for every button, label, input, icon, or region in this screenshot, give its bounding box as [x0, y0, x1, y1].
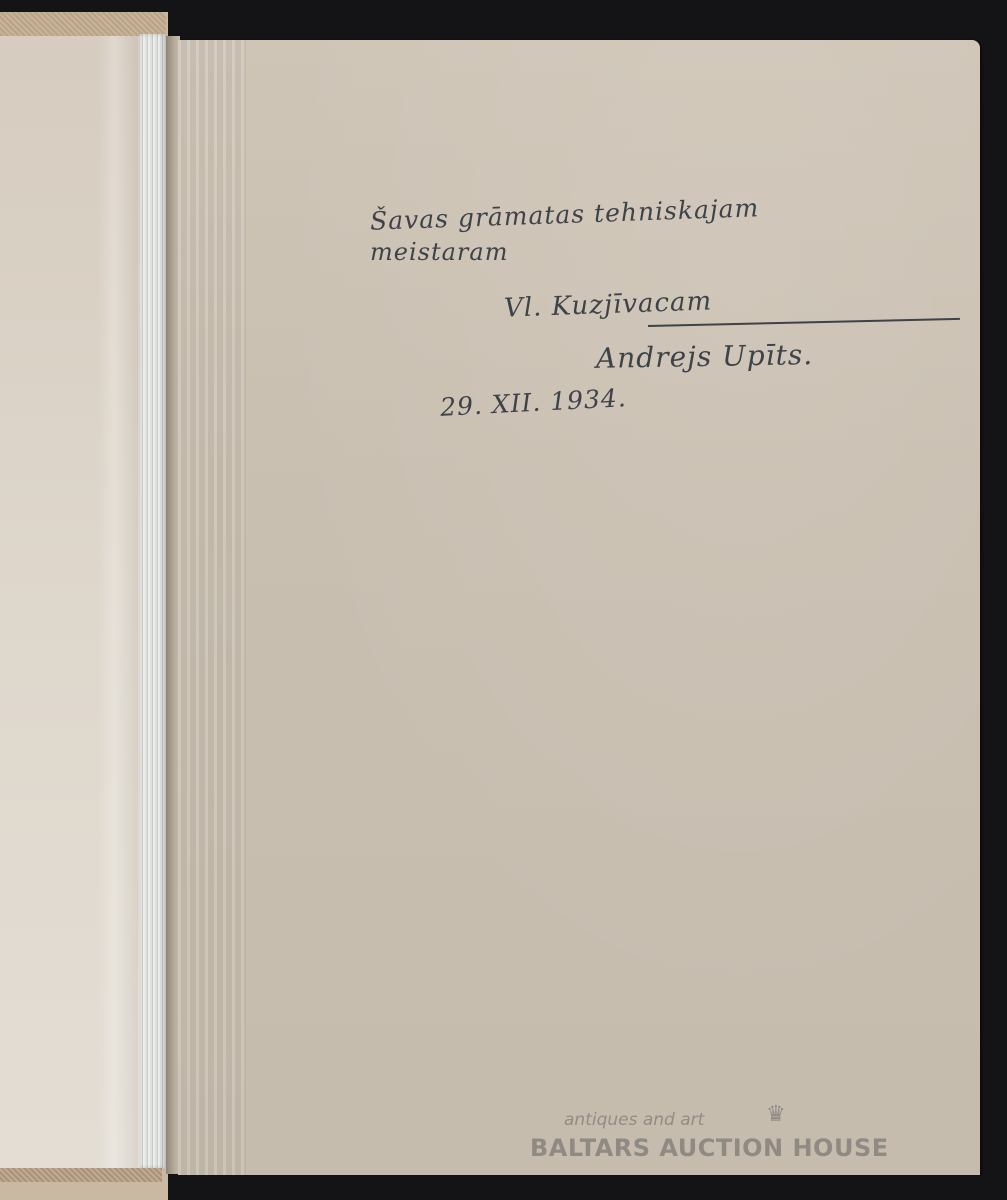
- watermark: antiques and art ♛ BALTARS AUCTION HOUSE: [530, 1110, 930, 1170]
- inscription-line-2: meistaram: [370, 238, 508, 266]
- flyleaf-page: Šavas grāmatas tehniskajam meistaram Vl.…: [178, 40, 980, 1175]
- crown-icon: ♛: [766, 1102, 786, 1127]
- cloth-edge-bottom: [0, 1168, 162, 1182]
- watermark-subtitle: antiques and art: [564, 1110, 704, 1130]
- signature-flourish: [648, 318, 960, 327]
- inscription-date: 29. XII. 1934.: [439, 383, 627, 422]
- inscription-line-1: Šavas grāmatas tehniskajam: [370, 193, 760, 236]
- spine-hinge: [140, 34, 166, 1168]
- inscription-recipient: Vl. Kuzjīvacam: [504, 286, 713, 323]
- watermark-title: BALTARS AUCTION HOUSE: [530, 1134, 889, 1162]
- left-endpaper: [0, 36, 142, 1170]
- handwritten-inscription: Šavas grāmatas tehniskajam meistaram Vl.…: [178, 40, 980, 1175]
- book-photo: Šavas grāmatas tehniskajam meistaram Vl.…: [0, 0, 1007, 1200]
- inscription-signature: Andrejs Upīts.: [596, 338, 814, 375]
